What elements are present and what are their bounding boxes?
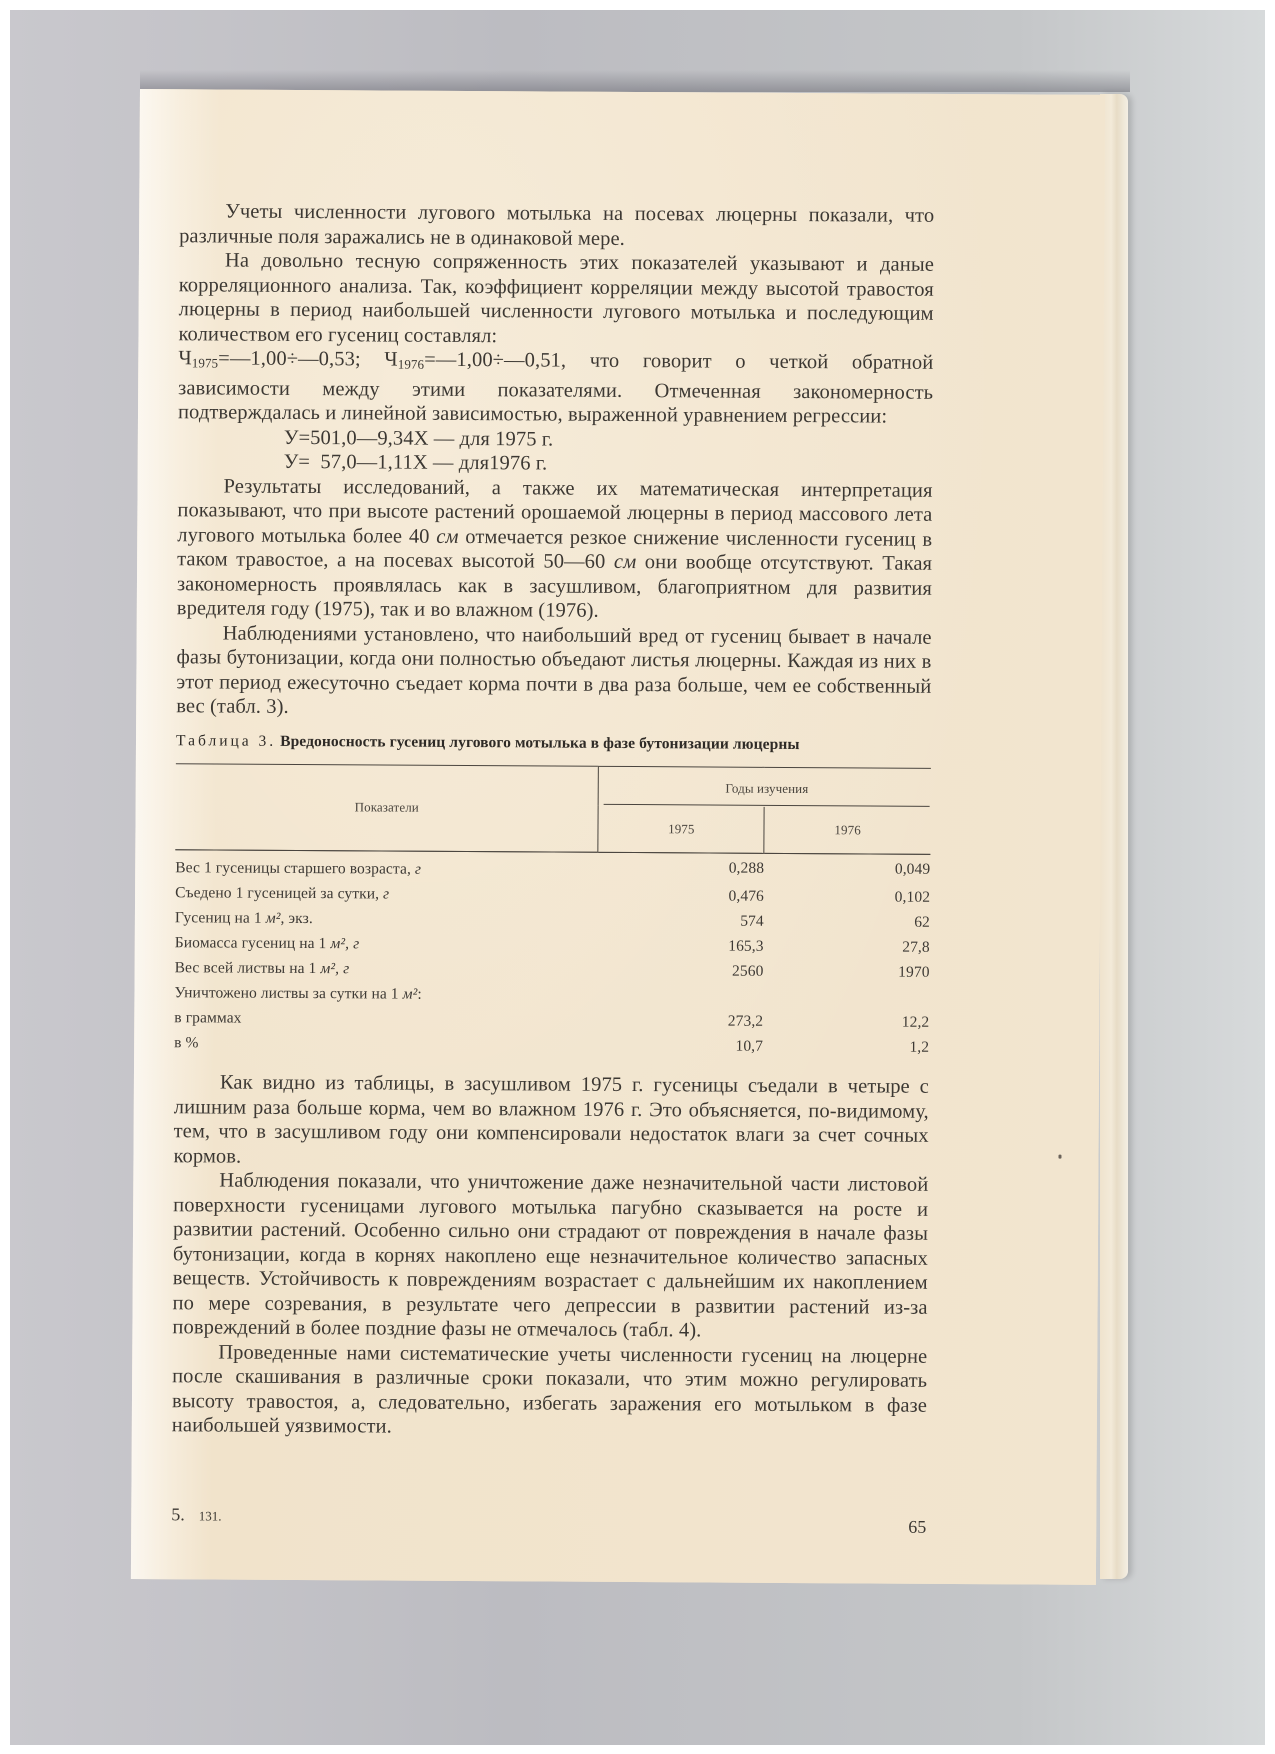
value-1976: 1970: [763, 960, 929, 986]
page-content: Учеты численности лугового мотылька на п…: [172, 199, 935, 1442]
signature-mark: 5.: [171, 1504, 185, 1524]
value-1975: 2560: [597, 959, 763, 985]
paragraph: Как видно из таблицы, в засушливом 1975 …: [173, 1070, 929, 1173]
data-table: Показатели Годы изучения 1975 1976 Вес 1…: [174, 763, 931, 1061]
value-1975: 273,2: [597, 1009, 763, 1035]
row-label: в %: [174, 1031, 597, 1059]
value-1976: 1,2: [763, 1035, 929, 1061]
value-1975: 165,3: [597, 934, 763, 960]
table-label: Таблица 3.: [176, 732, 276, 750]
paragraph: Учеты численности лугового мотылька на п…: [179, 199, 934, 253]
value-1975: 10,7: [597, 1034, 763, 1060]
row-label: Гусениц на 1 м², экз.: [175, 906, 598, 934]
paragraph: Наблюдениями установлено, что наибольший…: [176, 621, 932, 724]
row-label: Вес всей листвы на 1 м², г: [175, 956, 598, 984]
table-row: Уничтожено листвы за сутки на 1 м²:: [174, 981, 929, 1011]
row-label: Вес 1 гусеницы старшего возраста, г: [175, 850, 598, 884]
header-indicator: Показатели: [175, 763, 598, 852]
table-caption: Таблица 3. Вредоносность гусениц луговог…: [176, 731, 931, 756]
table-title: Вредоносность гусениц лугового мотылька …: [280, 732, 800, 752]
paragraph: Наблюдения показали, что уничтожение даж…: [172, 1168, 928, 1344]
page-edge-stack: [1100, 94, 1128, 1579]
book-page: Учеты численности лугового мотылька на п…: [131, 89, 1105, 1585]
subscript-year: 1975: [192, 355, 218, 370]
row-label: Биомасса гусениц на 1 м², г: [175, 931, 598, 959]
value-1976: 12,2: [763, 1010, 929, 1036]
value-1975: 574: [598, 909, 764, 935]
value-1975: 0,288: [598, 852, 764, 885]
value-1976: 0,102: [764, 885, 930, 911]
page-number: 65: [908, 1517, 926, 1538]
header-year-1976: 1976: [764, 807, 930, 855]
header-year-1975: 1975: [598, 806, 764, 854]
page-footer: 5.131. 65: [171, 1504, 926, 1530]
correlation-paragraph: Ч1975=—1,00÷—0,53; Ч1976=—1,00÷—0,51, чт…: [178, 346, 933, 429]
row-label: в граммах: [174, 1006, 597, 1034]
row-label: Уничтожено листвы за сутки на 1 м²:: [174, 981, 597, 1009]
value-1976: [763, 985, 929, 1011]
value-1976: 27,8: [764, 935, 930, 961]
paragraph: На довольно тесную сопряженность этих по…: [178, 248, 934, 351]
signature-number: 131.: [199, 1508, 222, 1523]
paragraph: Результаты исследований, а также их мате…: [177, 474, 933, 626]
value-1975: 0,476: [598, 884, 764, 910]
header-years-group: Годы изучения: [598, 766, 930, 808]
row-label: Съедено 1 гусеницей за сутки, г: [175, 881, 598, 909]
value-1975: [597, 984, 763, 1010]
paragraph: Проведенные нами систематические учеты ч…: [172, 1340, 928, 1443]
value-1976: 62: [764, 910, 930, 936]
table-body: Вес 1 гусеницы старшего возраста, г0,288…: [174, 850, 930, 1061]
subscript-year: 1976: [398, 357, 424, 372]
value-1976: 0,049: [764, 853, 930, 886]
table-row: Вес 1 гусеницы старшего возраста, г0,288…: [175, 850, 930, 886]
paper-speck: [1058, 1155, 1061, 1159]
page-top-shadow: [140, 70, 1130, 92]
